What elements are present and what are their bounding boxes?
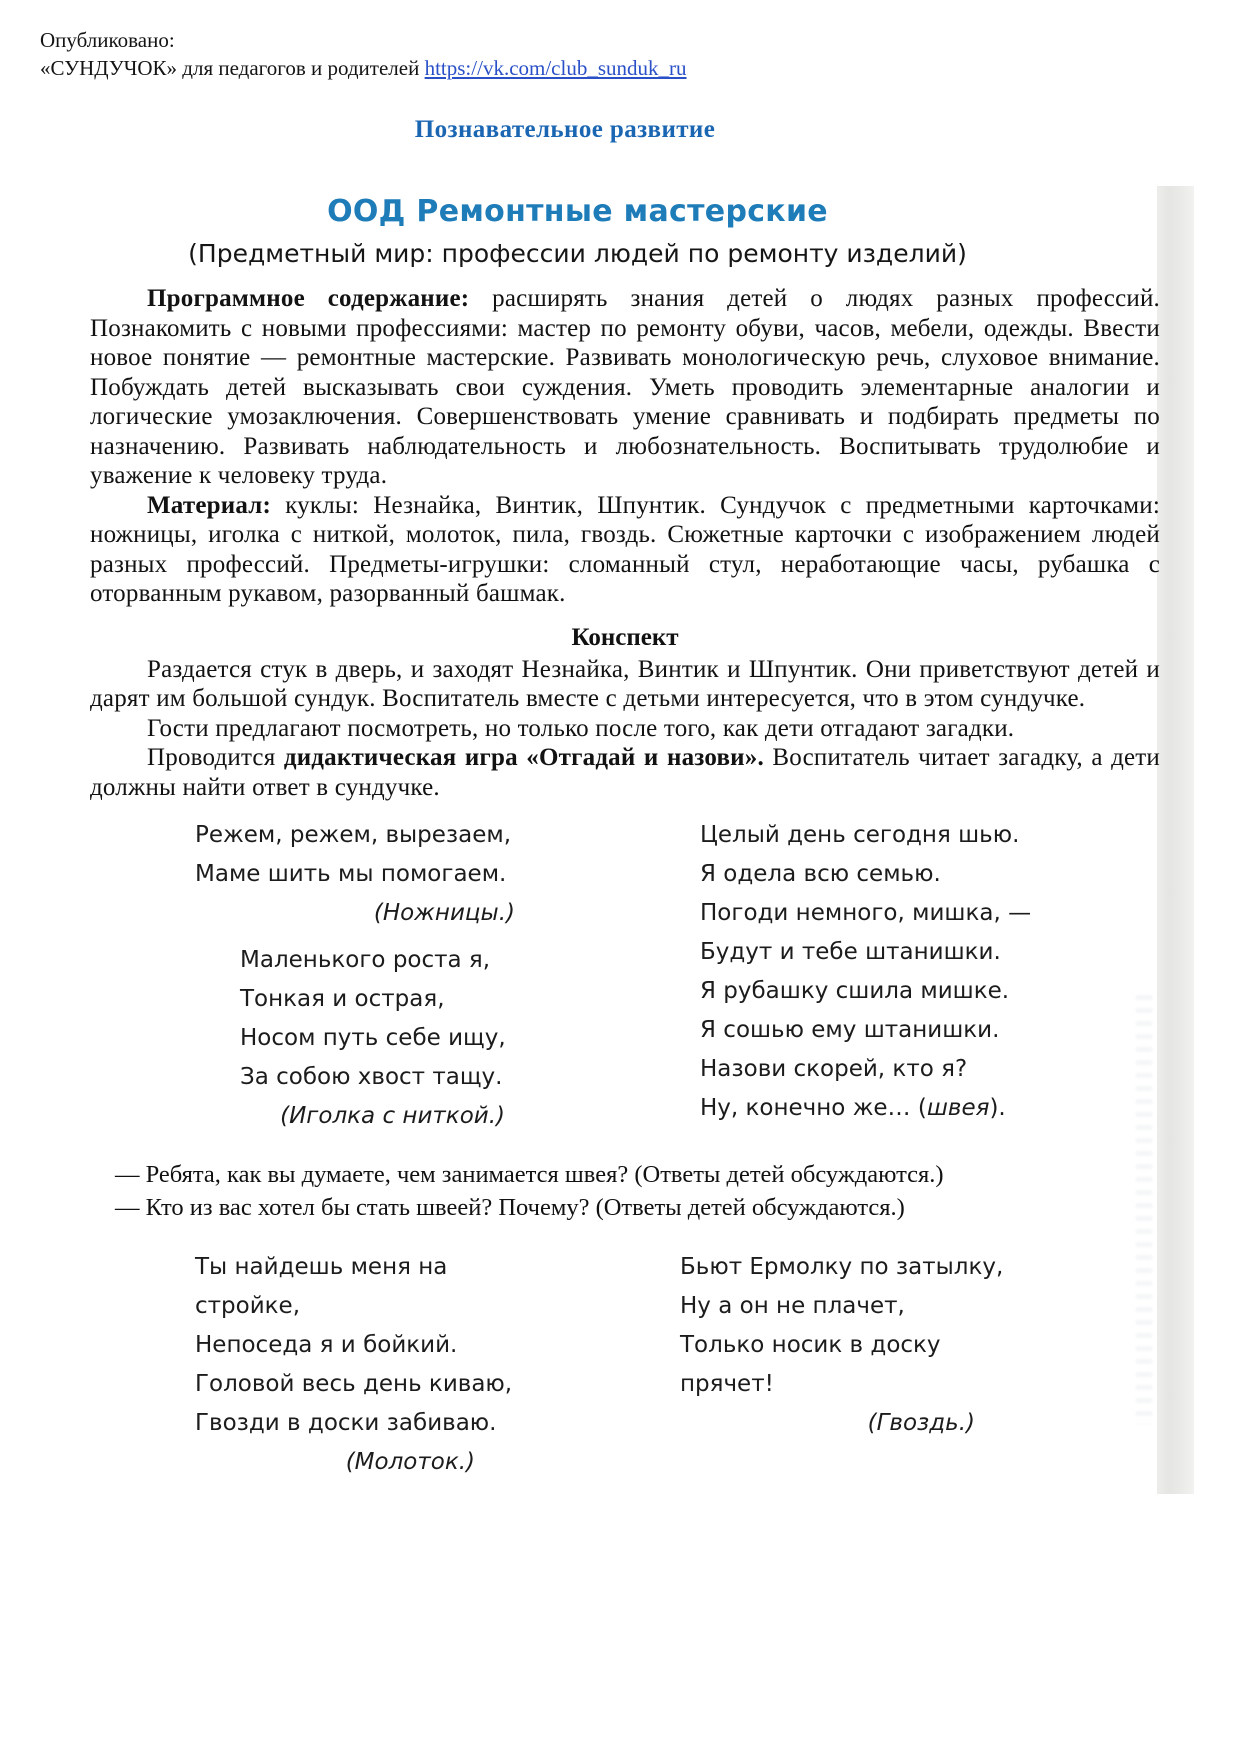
riddle-line: Маме шить мы помогаем. <box>195 855 515 894</box>
riddle-line: Погоди немного, мишка, — <box>700 894 1035 933</box>
riddle-line: Будут и тебе штанишки. <box>700 933 1035 972</box>
riddle-answer-seamstress: Ну, конечно же… (швея). <box>700 1089 1035 1128</box>
konspekt-paragraph-2: Гости предлагают посмотреть, но только п… <box>90 714 1160 744</box>
riddle-line: Маленького роста я, <box>240 941 515 980</box>
riddle-line: Ты найдешь меня на стройке, <box>195 1248 515 1326</box>
published-label: Опубликовано: <box>40 26 1160 54</box>
scan-edge-band <box>1157 186 1194 1494</box>
riddles-block-2-right-column: Бьют Ермолку по затылку, Ну а он не плач… <box>680 1248 1015 1482</box>
program-paragraph: Программное содержание: расширять знания… <box>90 284 1160 491</box>
program-text: расширять знания детей о людях разных пр… <box>90 285 1160 489</box>
material-label: Материал: <box>147 492 271 519</box>
document-page: Опубликовано: «СУНДУЧОК» для педагогов и… <box>0 0 1240 1754</box>
riddle-answer-hammer: (Молоток.) <box>195 1443 515 1482</box>
publication-header: Опубликовано: «СУНДУЧОК» для педагогов и… <box>40 26 1160 82</box>
riddle-stanza-needle: Маленького роста я, Тонкая и острая, Нос… <box>240 941 515 1097</box>
konspekt-p3-game-name: дидактическая игра «Отгадай и назови». <box>284 744 764 771</box>
konspekt-heading: Конспект <box>90 621 1160 655</box>
riddles-block-2-left-column: Ты найдешь меня на стройке, Непоседа я и… <box>195 1248 515 1482</box>
riddle-line: Назови скорей, кто я? <box>700 1050 1035 1089</box>
material-paragraph: Материал: куклы: Незнайка, Винтик, Шпунт… <box>90 491 1160 609</box>
riddle-line: Носом путь себе ищу, <box>240 1019 515 1058</box>
riddle-line: Я сошью ему штанишки. <box>700 1011 1035 1050</box>
riddles-block-1: Режем, режем, вырезаем, Маме шить мы пом… <box>90 816 1160 1136</box>
riddle-line: Непоседа я и бойкий. <box>195 1326 515 1365</box>
teacher-dialogue: — Ребята, как вы думаете, чем занимается… <box>115 1158 1160 1224</box>
section-header: Познавательное развитие <box>90 116 1160 144</box>
riddle-line: Бьют Ермолку по затылку, <box>680 1248 1015 1287</box>
riddle-line: Гвозди в доски забиваю. <box>195 1404 515 1443</box>
riddle-last-pre: Ну, конечно же… ( <box>700 1095 927 1121</box>
riddle-line: Головой весь день киваю, <box>195 1365 515 1404</box>
riddles-block-1-left-column: Режем, режем, вырезаем, Маме шить мы пом… <box>195 816 515 1136</box>
riddle-last-answer: швея <box>927 1095 990 1121</box>
riddle-line: Я рубашку сшила мишке. <box>700 972 1035 1011</box>
riddle-line: Целый день сегодня шью. <box>700 816 1035 855</box>
riddle-line: Режем, режем, вырезаем, <box>195 816 515 855</box>
lesson-title: ООД Ремонтные мастерские <box>90 194 1160 229</box>
program-label: Программное содержание: <box>147 285 469 312</box>
konspekt-paragraph-3: Проводится дидактическая игра «Отгадай и… <box>90 743 1160 802</box>
dialogue-line: — Ребята, как вы думаете, чем занимается… <box>115 1158 1160 1191</box>
riddles-block-1-right-column: Целый день сегодня шью. Я одела всю семь… <box>700 816 1035 1136</box>
riddle-line: Ну а он не плачет, <box>680 1287 1015 1326</box>
riddle-line: Тонкая и острая, <box>240 980 515 1019</box>
riddle-line: Только носик в доску прячет! <box>680 1326 1015 1404</box>
riddle-line: За собою хвост тащу. <box>240 1058 515 1097</box>
published-credit-line: «СУНДУЧОК» для педагогов и родителей htt… <box>40 54 1160 82</box>
credit-text: «СУНДУЧОК» для педагогов и родителей <box>40 56 425 80</box>
text-column: Опубликовано: «СУНДУЧОК» для педагогов и… <box>90 0 1160 1482</box>
konspekt-paragraph-1: Раздается стук в дверь, и заходят Незнай… <box>90 655 1160 714</box>
riddle-answer-nail: (Гвоздь.) <box>680 1404 1015 1443</box>
riddles-block-2: Ты найдешь меня на стройке, Непоседа я и… <box>90 1248 1160 1482</box>
riddle-answer-scissors: (Ножницы.) <box>195 894 515 933</box>
dialogue-line: — Кто из вас хотел бы стать швеей? Почем… <box>115 1191 1160 1224</box>
konspekt-p3-pre: Проводится <box>147 744 284 771</box>
riddle-answer-needle: (Иголка с ниткой.) <box>240 1097 505 1136</box>
lesson-subtitle: (Предметный мир: профессии людей по ремо… <box>90 239 1160 268</box>
vk-link[interactable]: https://vk.com/club_sunduk_ru <box>425 56 687 80</box>
riddle-line: Я одела всю семью. <box>700 855 1035 894</box>
riddle-last-post: ). <box>989 1095 1005 1121</box>
